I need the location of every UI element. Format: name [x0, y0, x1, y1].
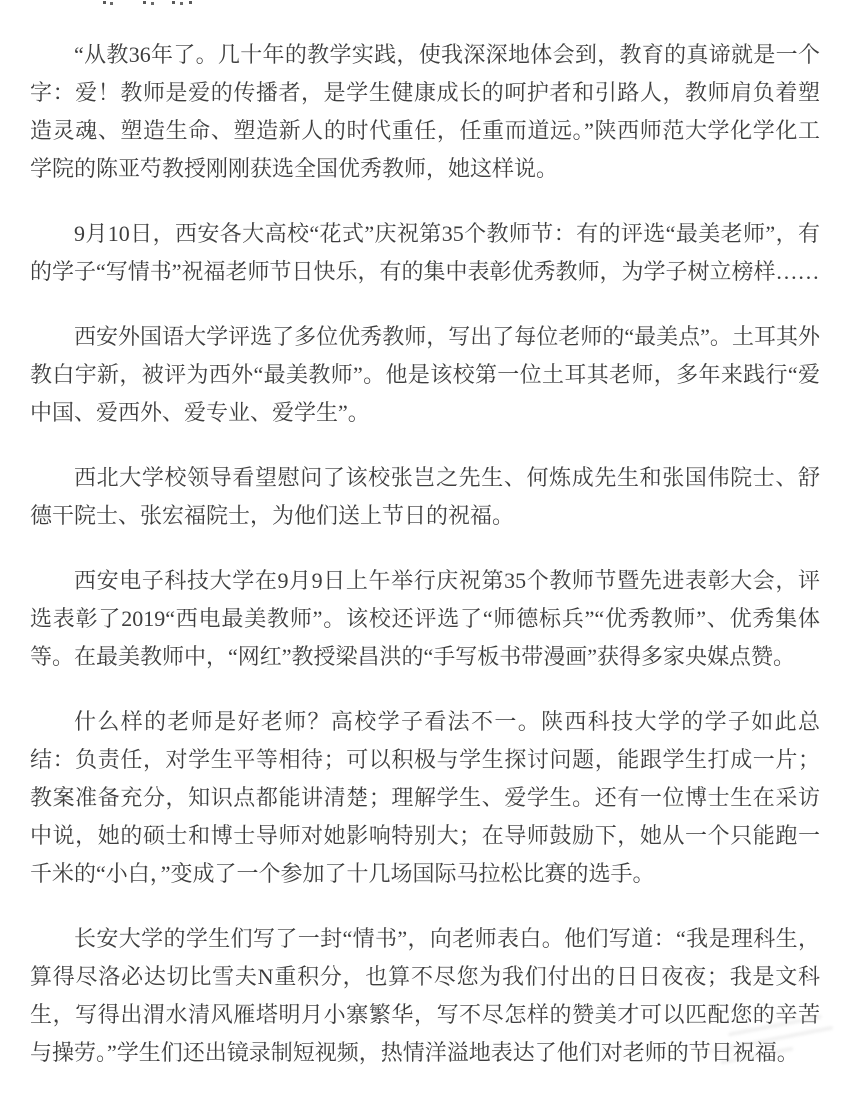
- document-page: “从教36年了。几十年的教学实践，使我深深地体会到，教育的真谛就是一个字：爱！教…: [0, 0, 850, 1093]
- paragraph-xidian: 西安电子科技大学在9月9日上午举行庆祝第35个教师节暨先进表彰大会，评选表彰了2…: [30, 562, 820, 676]
- article-body: “从教36年了。几十年的教学实践，使我深深地体会到，教育的真谛就是一个字：爱！教…: [30, 0, 820, 1093]
- paragraph-changan-love-letter: 长安大学的学生们写了一封“情书”，向老师表白。他们写道：“我是理科生，算得尽洛必…: [30, 920, 820, 1072]
- cropped-text-remnant: [0, 1, 3, 4]
- paragraph-xisu: 西安外国语大学评选了多位优秀教师，写出了每位老师的“最美点”。土耳其外教白宇新，…: [30, 318, 820, 432]
- paragraph-quote-intro: “从教36年了。几十年的教学实践，使我深深地体会到，教育的真谛就是一个字：爱！教…: [30, 36, 820, 188]
- paragraph-nwu: 西北大学校领导看望慰问了该校张岂之先生、何炼成先生和张国伟院士、舒德干院士、张宏…: [30, 459, 820, 535]
- paragraph-good-teacher-opinions: 什么样的老师是好老师？高校学子看法不一。陕西科技大学的学子如此总结：负责任，对学…: [30, 703, 820, 893]
- paragraph-teachers-day-overview: 9月10日，西安各大高校“花式”庆祝第35个教师节：有的评选“最美老师”，有的学…: [30, 215, 820, 291]
